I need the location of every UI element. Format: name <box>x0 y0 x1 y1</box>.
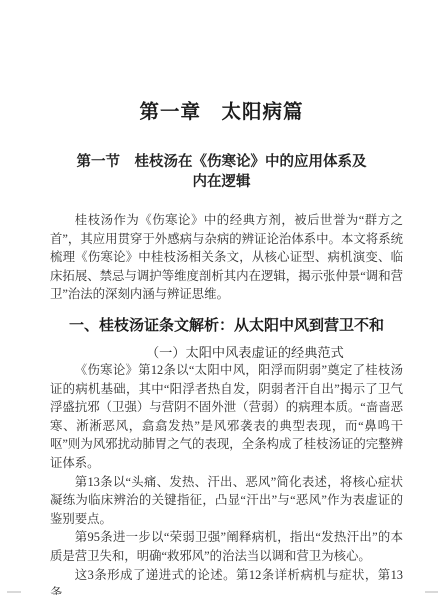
body-paragraph-2: 第13条以“头痛、发热、汗出、恶风”简化表述，将核心症状凝练为临床辨治的关键指征… <box>50 473 403 529</box>
book-page: 第一章 太阳病篇 第一节 桂枝汤在《伤寒论》中的应用体系及内在逻辑 桂枝汤作为《… <box>0 0 443 595</box>
intro-paragraph: 桂枝汤作为《伤寒论》中的经典方剂，被后世誉为“群方之首”，其应用贯穿于外感病与杂… <box>50 211 403 304</box>
scan-artifact-bottom-right <box>425 591 438 593</box>
section-title: 第一节 桂枝汤在《伤寒论》中的应用体系及内在逻辑 <box>72 153 372 192</box>
body-paragraph-4: 这3条形成了递进式的论述。第12条详析病机与症状，第13条 <box>50 566 403 595</box>
page-body: 桂枝汤作为《伤寒论》中的经典方剂，被后世誉为“群方之首”，其应用贯穿于外感病与杂… <box>50 211 403 595</box>
subsection-heading: 一、桂枝汤证条文解析：从太阳中风到营卫不和 <box>50 316 403 336</box>
body-paragraph-3: 第95条进一步以“荣弱卫强”阐释病机，指出“发热汗出”的本质是营卫失和，明确“救… <box>50 528 403 565</box>
clause-subheading: （一）太阳中风表虚证的经典范式 <box>146 344 403 361</box>
scan-artifact-bottom-left <box>7 591 21 593</box>
chapter-title: 第一章 太阳病篇 <box>0 0 443 126</box>
body-paragraph-1: 《伤寒论》第12条以“太阳中风，阳浮而阴弱”奠定了桂枝汤证的病机基础，其中“阳浮… <box>50 361 403 473</box>
